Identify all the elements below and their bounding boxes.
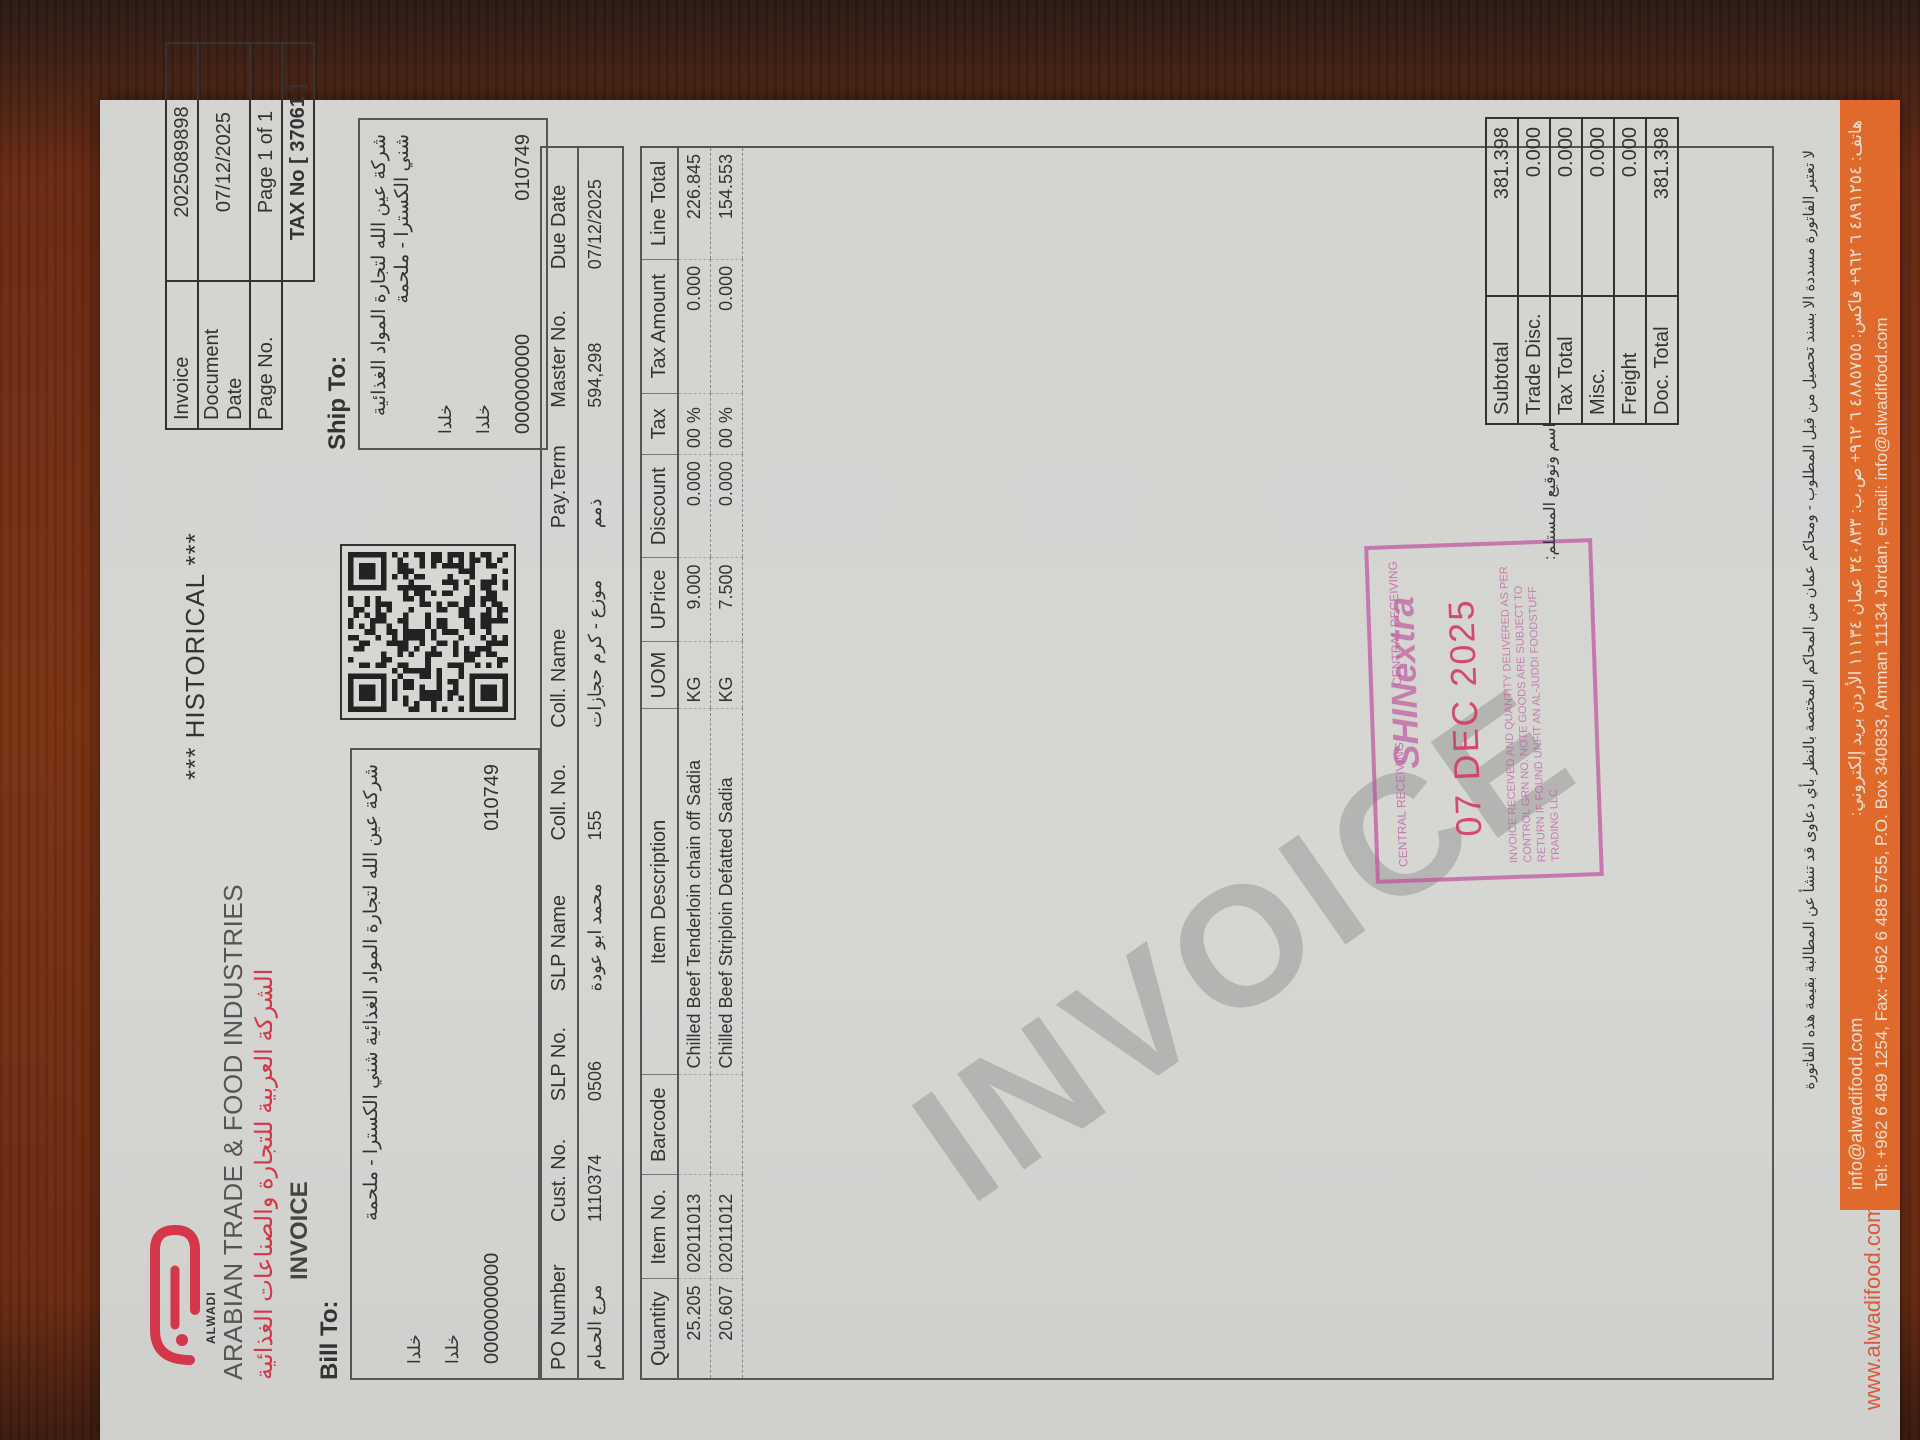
document-title: INVOICE (286, 1181, 314, 1280)
totals-value: 381.398 (1646, 118, 1678, 296)
info-row-invoice: Invoice 2025089898 (166, 43, 198, 429)
invoice-page: ALWADI ARABIAN TRADE & FOOD INDUSTRIES ا… (100, 100, 1900, 1440)
order-header-column: Coll. Name (542, 536, 578, 735)
document-info-table: Invoice 2025089898 Document Date 07/12/2… (165, 42, 315, 430)
stamp-date: 07 DEC 2025 (1440, 598, 1490, 837)
ship-to-line2: خلدا (436, 134, 456, 434)
item-item-no: 02011012 (711, 1175, 743, 1279)
item-discount: 0.000 (678, 455, 711, 558)
ship-to-code: 010749 (512, 134, 535, 201)
bill-to-box: شركة عين الله لتجارة المواد الغذائية شني… (350, 748, 540, 1380)
item-desc: Chilled Beef Tenderloin chain off Sadia (678, 709, 711, 1075)
items-column-header: UOM (642, 641, 678, 709)
qr-code-icon (348, 552, 508, 712)
totals-value: 381.398 (1486, 118, 1518, 296)
order-header-value: مرج الحمام (578, 1230, 612, 1378)
items-table: QuantityItem No.BarcodeItem DescriptionU… (642, 148, 743, 1378)
order-header-column: Pay.Term (542, 416, 578, 536)
info-row-date: Document Date 07/12/2025 (198, 43, 250, 429)
info-label: Page No. (250, 281, 282, 429)
page-number: Page 1 of 1 (250, 43, 282, 281)
order-header-column: SLP Name (542, 849, 578, 1000)
totals-value: 0.000 (1518, 118, 1550, 296)
item-tax: 00 % (711, 393, 743, 455)
order-header-column: Coll. No. (542, 736, 578, 849)
item-desc: Chilled Beef Striploin Defatted Sadia (711, 709, 743, 1075)
totals-value: 0.000 (1582, 118, 1614, 296)
item-barcode (711, 1075, 743, 1175)
totals-label: Misc. (1582, 296, 1614, 424)
bill-to-phone: 0000000000 (481, 1253, 504, 1364)
item-uprice: 9.000 (678, 558, 711, 641)
totals-row: Tax Total0.000 (1550, 118, 1582, 424)
item-uom: KG (711, 641, 743, 709)
totals-label: Tax Total (1550, 296, 1582, 424)
order-header-column: Cust. No. (542, 1109, 578, 1230)
item-line-total: 226.845 (678, 148, 711, 259)
order-header-value: 594,298 (578, 277, 612, 416)
items-column-header: Discount (642, 455, 678, 558)
item-line-total: 154.553 (711, 148, 743, 259)
totals-row: Subtotal381.398 (1486, 118, 1518, 424)
items-column-header: Barcode (642, 1075, 678, 1175)
bill-to-code: 010749 (481, 764, 504, 831)
tax-number: TAX No [ 37061 ] (282, 43, 314, 281)
item-tax-amount: 0.000 (711, 259, 743, 393)
item-qty: 20.607 (711, 1279, 743, 1378)
footer-email[interactable]: info@alwadifood.com (1846, 1018, 1867, 1190)
order-header-value: ذمم (578, 416, 612, 536)
items-column-header: Tax Amount (642, 259, 678, 393)
item-item-no: 02011013 (678, 1175, 711, 1279)
bill-to-name: شركة عين الله لتجارة المواد الغذائية شني… (360, 764, 383, 1364)
item-tax: 00 % (678, 393, 711, 455)
item-uom: KG (678, 641, 711, 709)
order-header-column: Due Date (542, 148, 578, 277)
company-name-en: ARABIAN TRADE & FOOD INDUSTRIES (218, 884, 249, 1380)
items-column-header: UPrice (642, 558, 678, 641)
totals-label: Trade Disc. (1518, 296, 1550, 424)
order-header-column: SLP No. (542, 999, 578, 1109)
item-qty: 25.205 (678, 1279, 711, 1378)
ship-to-line3: خلدا (474, 134, 494, 434)
stamp-central-receiving-right: CENTRAL RECEIVING (1387, 561, 1404, 686)
items-column-header: Item Description (642, 709, 678, 1075)
legal-disclaimer: لا تعتبر الفاتورة مسددة الا بسند تحصيل م… (1800, 150, 1818, 1380)
order-header-table: PO NumberCust. No.SLP No.SLP NameColl. N… (542, 148, 612, 1378)
ship-to-phone: 000000000 (512, 334, 535, 434)
totals-value: 0.000 (1614, 118, 1646, 296)
bill-to-line3: خلدا (443, 764, 463, 1364)
order-header-value: 155 (578, 736, 612, 849)
company-name-ar: الشركة العربية للتجارة والصناعات الغذائي… (250, 969, 279, 1380)
item-barcode (678, 1075, 711, 1175)
item-discount: 0.000 (711, 455, 743, 558)
bill-to-line2: خلدا (405, 764, 425, 1364)
footer-contact-ar: هاتف: ٤٨٩١٢٥٤ ٦ ٩٦٢+ فاكس: ٤٨٨٥٧٥٥ ٦ ٩٦٢… (1846, 120, 1866, 816)
footer-contact: Tel: +962 6 489 1254, Fax: +962 6 488 57… (1872, 317, 1892, 1190)
totals-row: Doc. Total381.398 (1646, 118, 1678, 424)
item-row: 20.60702011012Chilled Beef Striploin Def… (711, 148, 743, 1378)
totals-label: Freight (1614, 296, 1646, 424)
order-header-value: محمد ابو عودة (578, 849, 612, 1000)
document-date: 07/12/2025 (198, 43, 250, 281)
order-header-value: 1110374 (578, 1109, 612, 1230)
items-column-header: Line Total (642, 148, 678, 259)
contact-footer: info@alwadifood.com Tel: +962 6 489 1254… (1840, 100, 1900, 1210)
receiving-stamp: CENTRAL RECEIVING SHINextra CENTRAL RECE… (1364, 538, 1604, 884)
order-header-value: موزع - كرم حجازات (578, 536, 612, 735)
stamp-note: INVOICE RECEIVED AND QUANTITY DELIVERED … (1497, 562, 1563, 864)
order-header-value: 0506 (578, 999, 612, 1109)
order-header-box: PO NumberCust. No.SLP No.SLP NameColl. N… (540, 146, 624, 1380)
totals-row: Freight0.000 (1614, 118, 1646, 424)
info-row-page: Page No. Page 1 of 1 (250, 43, 282, 429)
logo-latin: ALWADI (204, 1291, 218, 1344)
invoice-number: 2025089898 (166, 43, 198, 281)
item-tax-amount: 0.000 (678, 259, 711, 393)
totals-label: Doc. Total (1646, 296, 1678, 424)
totals-label: Subtotal (1486, 296, 1518, 424)
alwadi-logo-icon (140, 1220, 210, 1370)
ship-to-box: شركة عين الله لتجارة المواد الغذائية شني… (358, 118, 548, 450)
info-label: Invoice (166, 281, 198, 429)
totals-row: Trade Disc.0.000 (1518, 118, 1550, 424)
item-row: 25.20502011013Chilled Beef Tenderloin ch… (678, 148, 711, 1378)
order-header-column: Master No. (542, 277, 578, 416)
historical-label: *** HISTORICAL *** (180, 532, 211, 780)
website-link[interactable]: www.alwadifood.com (1860, 1205, 1886, 1410)
items-column-header: Tax (642, 393, 678, 455)
totals-table: Subtotal381.398Trade Disc.0.000Tax Total… (1485, 117, 1679, 425)
totals-value: 0.000 (1550, 118, 1582, 296)
info-row-tax: TAX No [ 37061 ] (282, 43, 314, 429)
items-column-header: Quantity (642, 1279, 678, 1378)
items-column-header: Item No. (642, 1175, 678, 1279)
bill-to-label: Bill To: (316, 1300, 344, 1380)
totals-row: Misc.0.000 (1582, 118, 1614, 424)
info-label: Document Date (198, 281, 250, 429)
ship-to-label: Ship To: (324, 356, 352, 450)
ship-to-name: شركة عين الله لتجارة المواد الغذائية شني… (368, 134, 414, 434)
qr-code (340, 544, 516, 720)
item-uprice: 7.500 (711, 558, 743, 641)
order-header-value: 07/12/2025 (578, 148, 612, 277)
order-header-column: PO Number (542, 1230, 578, 1378)
receiver-signature-label: اسم وتوقيع المستلم: (1540, 423, 1560, 560)
